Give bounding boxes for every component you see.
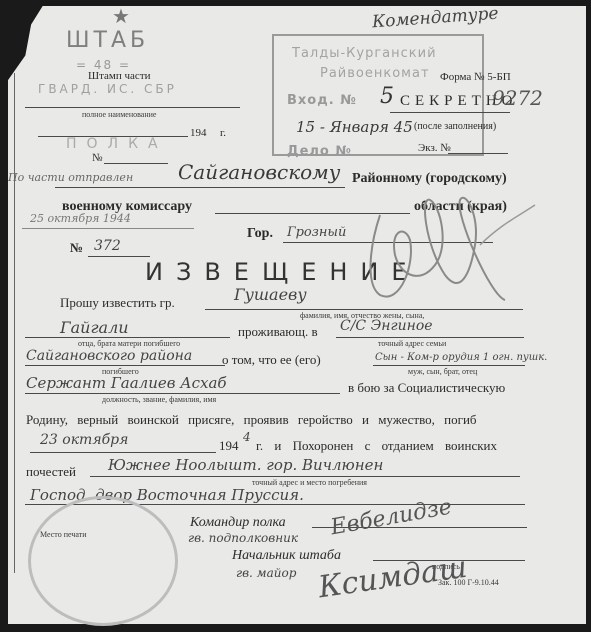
- addressee-prefix: По части отправлен: [8, 171, 133, 184]
- chief-of-staff-label: Начальник штаба: [232, 548, 341, 564]
- rank-hint: должность, звание, фамилия, имя: [102, 395, 216, 404]
- death-year-digit: 4: [243, 430, 251, 444]
- burial-place-value: Южнее Ноолышт. гор. Вичлюнен: [108, 456, 383, 474]
- recipient-surname: Гушаеву: [234, 285, 307, 304]
- secret-note: (после заполнения): [414, 121, 496, 132]
- stamp-label: Штамп части: [88, 70, 151, 82]
- cut-line: [14, 73, 15, 573]
- relation-hint-2: муж, сын, брат, отец: [408, 367, 477, 376]
- margin-cut-text: линия отреза: [2, 190, 12, 240]
- commander-label: Командир полка: [190, 515, 286, 531]
- official-seal: [28, 496, 178, 626]
- print-order: Зак. 100 Г-9.10.44: [438, 578, 499, 587]
- relation-hint: отца, брата матери погибшего: [78, 339, 180, 348]
- form-number: Форма № 5-БП: [440, 71, 511, 83]
- that-label: о том, что ее (его): [222, 352, 321, 368]
- death-year-prefix: 194: [219, 438, 239, 454]
- address-hint: точный адрес семьи: [378, 339, 446, 348]
- address-value: С/С Энгиное: [340, 318, 433, 334]
- relation-value: Сын - Ком-р орудия 1 огн. пушк.: [375, 352, 547, 363]
- seal-place-label: Место печати: [40, 530, 86, 539]
- scanned-page: линия отреза ★ ШТАБ = 48 = Штамп части Г…: [0, 0, 591, 632]
- battle-text: в бою за Социалистическую: [348, 380, 505, 396]
- outgoing-number-label: №: [92, 152, 103, 164]
- copy-number-label: Экз. №: [418, 142, 451, 154]
- file-number-label: Дело №: [287, 144, 352, 159]
- address-continuation: Сайгановского района: [26, 348, 192, 364]
- secret-handwritten-number: 9272: [492, 86, 543, 110]
- incoming-date: 15 - Января 45: [296, 118, 413, 136]
- notice-number-label: №: [70, 240, 83, 256]
- incoming-stamp-line2: Райвоенкомат: [320, 66, 430, 81]
- handwritten-scribble-icon: [360, 185, 540, 315]
- chief-rank: гв. майор: [236, 566, 296, 580]
- year-suffix: г.: [220, 127, 226, 139]
- commander-rank: гв. подполковник: [188, 531, 298, 545]
- death-date-value: 23 октября: [40, 432, 128, 448]
- city-label: Гор.: [247, 226, 273, 242]
- stamp-regiment: ПОЛКА: [66, 136, 168, 152]
- buried-text: г. и Похоронен с отданием воинских: [256, 438, 497, 454]
- incoming-number-label: Вход. №: [287, 93, 357, 108]
- incoming-stamp-line1: Талды-Курганский: [292, 46, 437, 61]
- oath-text: Родину, верный воинской присяге, проявив…: [26, 412, 477, 428]
- honors-label: почестей: [26, 464, 76, 480]
- addressee-district: Сайгановскому: [178, 160, 340, 184]
- incoming-number-value: 5: [380, 84, 394, 109]
- rank-name-value: Сержант Гаалиев Асхаб: [26, 374, 227, 392]
- stamp-unit: ГВАРД. ИС. СБР: [38, 82, 177, 96]
- request-label: Прошу известить гр.: [60, 295, 175, 311]
- handwritten-date: 25 октября 1944: [30, 212, 131, 225]
- recipient-name: Гайгали: [60, 318, 129, 337]
- year-prefix: 194: [190, 127, 207, 139]
- full-name-hint: полное наименование: [82, 110, 156, 119]
- star-icon: ★: [108, 4, 134, 24]
- notice-number: 372: [94, 238, 121, 254]
- city-value: Грозный: [287, 225, 346, 240]
- residing-label: проживающ. в: [238, 324, 318, 340]
- stamp-headquarters: ШТАБ: [66, 28, 149, 53]
